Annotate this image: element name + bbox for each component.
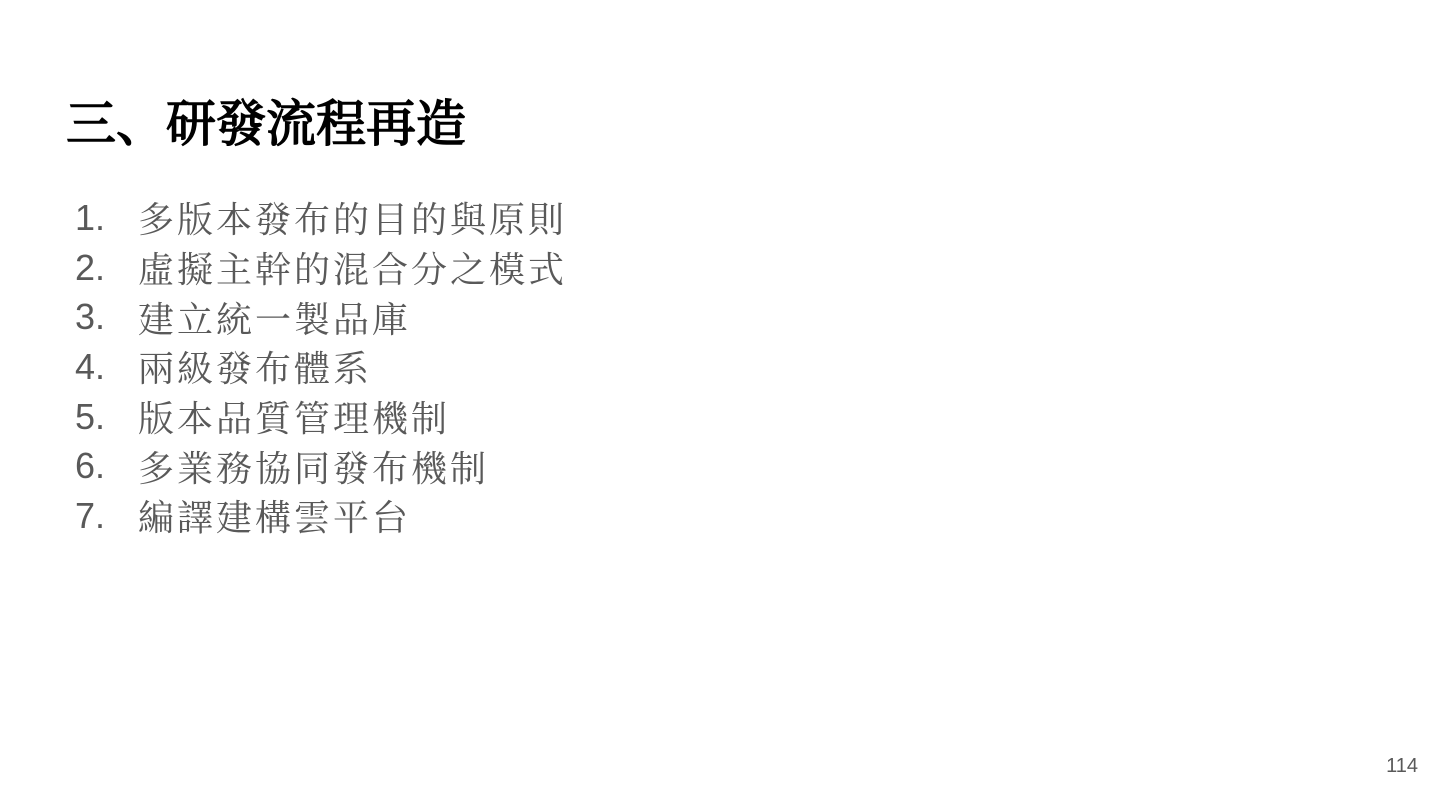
list-item-text: 多版本發布的目的與原則 (138, 192, 567, 243)
list-item-number: 3. (75, 296, 138, 338)
list-item-text: 虛擬主幹的混合分之模式 (138, 242, 567, 293)
list-item-text: 兩級發布體系 (138, 341, 372, 392)
list-item: 3. 建立統一製品庫 (75, 292, 567, 342)
list-item-number: 6. (75, 445, 138, 487)
list-item-number: 4. (75, 346, 138, 388)
page-number: 114 (1386, 755, 1418, 778)
list-item-number: 1. (75, 197, 138, 239)
list-item: 2. 虛擬主幹的混合分之模式 (75, 243, 567, 293)
list-item-text: 多業務協同發布機制 (138, 441, 489, 492)
list-item: 7. 編譯建構雲平台 (75, 491, 567, 541)
list-item: 6. 多業務協同發布機制 (75, 441, 567, 491)
slide-title: 三、研發流程再造 (66, 84, 466, 156)
slide: 三、研發流程再造 1. 多版本發布的目的與原則 2. 虛擬主幹的混合分之模式 3… (0, 0, 1440, 810)
list-item-text: 版本品質管理機制 (138, 391, 450, 442)
toc-list: 1. 多版本發布的目的與原則 2. 虛擬主幹的混合分之模式 3. 建立統一製品庫… (75, 193, 567, 541)
list-item-text: 編譯建構雲平台 (138, 490, 411, 541)
list-item-number: 7. (75, 495, 138, 537)
list-item: 5. 版本品質管理機制 (75, 392, 567, 442)
list-item-number: 2. (75, 247, 138, 289)
list-item: 1. 多版本發布的目的與原則 (75, 193, 567, 243)
list-item: 4. 兩級發布體系 (75, 342, 567, 392)
list-item-number: 5. (75, 396, 138, 438)
list-item-text: 建立統一製品庫 (138, 292, 411, 343)
